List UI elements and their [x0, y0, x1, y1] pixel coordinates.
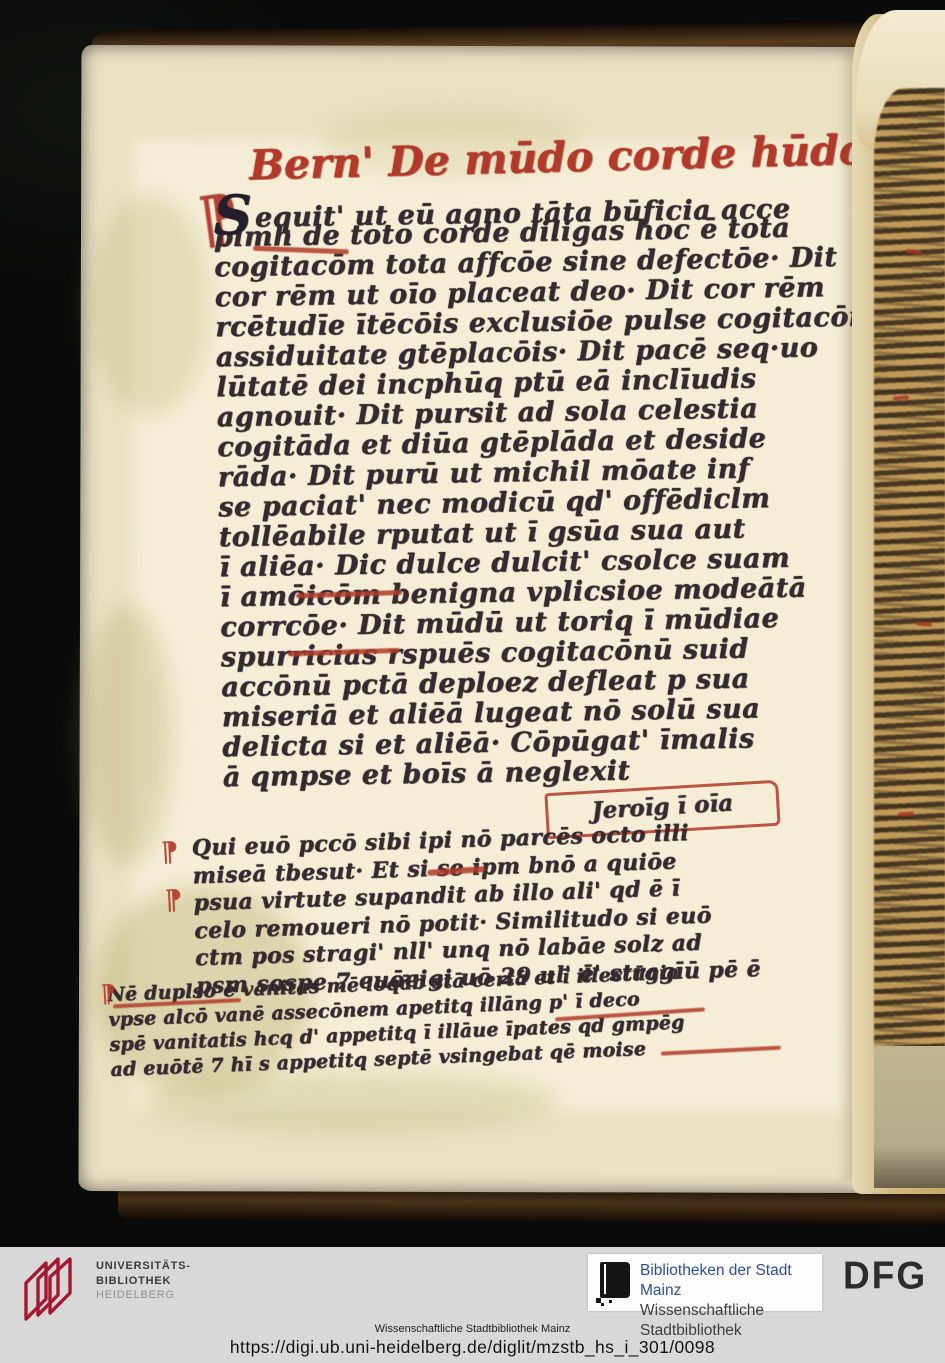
parchment-stain: [139, 1071, 559, 1132]
persistent-url: https://digi.ub.uni-heidelberg.de/diglit…: [0, 1337, 945, 1358]
parchment-stain: [81, 605, 172, 865]
mainz-library-logo: Bibliotheken der Stadt Mainz Wissenschaf…: [588, 1254, 822, 1311]
pixel-decoration: [601, 1303, 604, 1306]
facing-page-lower-margin: [874, 1046, 945, 1188]
open-book-icon: [20, 1257, 84, 1323]
source-caption: Wissenschaftliche Stadtbibliothek Mainz: [0, 1323, 945, 1335]
pilcrow-icon: ¶: [161, 837, 180, 869]
scan-viewer-page: Bern' De mūdo corde hūdo ; ¶ Sequit' ut …: [0, 0, 945, 1363]
manuscript-page: Bern' De mūdo corde hūdo ; ¶ Sequit' ut …: [79, 45, 872, 1193]
mainz-line1: Bibliotheken der Stadt Mainz: [640, 1261, 822, 1301]
heidelberg-library-logo: [20, 1257, 84, 1323]
pilcrow-icon: ¶: [100, 979, 117, 1009]
heidelberg-line1: UNIVERSITÄTS-: [96, 1259, 191, 1274]
pixel-decoration: [604, 1294, 608, 1298]
decorated-initial: S: [213, 200, 253, 231]
book-icon: [600, 1262, 630, 1298]
heidelberg-line2: BIBLIOTHEK: [96, 1274, 191, 1289]
pilcrow-icon: ¶: [165, 885, 184, 917]
pixel-decoration: [609, 1300, 612, 1303]
footer-bar: UNIVERSITÄTS- BIBLIOTHEK HEIDELBERG Bibl…: [0, 1247, 945, 1363]
parchment-stain: [89, 195, 210, 415]
mainz-line2: Wissenschaftliche Stadtbibliothek: [640, 1301, 822, 1341]
dfg-logo: DFG: [843, 1254, 927, 1298]
manuscript-text-block: Sequit' ut eū agno tāta būficia acce pim…: [213, 182, 885, 793]
heidelberg-line3: HEIDELBERG: [96, 1288, 191, 1303]
heidelberg-library-name: UNIVERSITÄTS- BIBLIOTHEK HEIDELBERG: [96, 1259, 191, 1303]
facing-page-text-column: [874, 88, 945, 1053]
